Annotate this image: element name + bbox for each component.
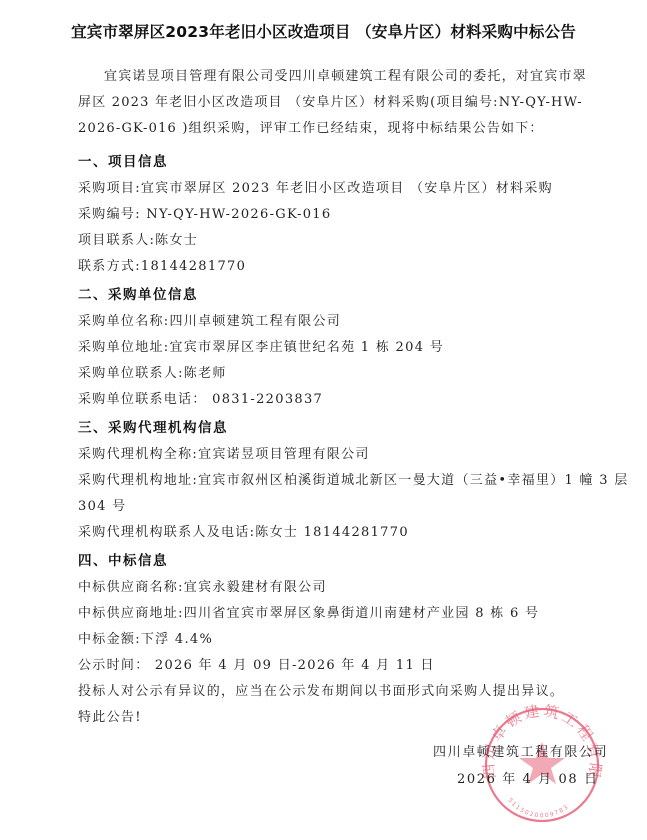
purchaser-address: 采购单位地址:宜宾市翠屏区李庄镇世纪名苑 1 栋 204 号 [78,336,444,355]
section-heading-award-info: 四、中标信息 [78,549,168,569]
purchaser-phone: 采购单位联系电话： 0831-2203837 [78,388,323,407]
project-contact: 项目联系人:陈女士 [78,229,198,248]
intro-paragraph: 宜宾诺昱项目管理有限公司受四川卓顿建筑工程有限公司的委托，对宜宾市翠屏区 202… [78,64,588,142]
contact-phone: 联系方式:18144281770 [78,255,246,274]
publicity-period: 公示时间： 2026 年 4 月 09 日-2026 年 4 月 11 日 [78,654,435,673]
objection-notice: 投标人对公示有异议的，应当在公示发布期间以书面形式向采购人提出异议。 [78,680,564,699]
company-seal-icon: 四川卓顿建筑工程有限公司 5115020009783 [466,700,616,830]
signature-company: 四川卓顿建筑工程有限公司 [433,741,608,760]
agency-contact-phone: 采购代理机构联系人及电话:陈女士 18144281770 [78,521,409,540]
purchaser-name: 采购单位名称:四川卓顿建筑工程有限公司 [78,310,341,329]
section-heading-project-info: 一、项目信息 [78,150,168,170]
procurement-project: 采购项目:宜宾市翠屏区 2023 年老旧小区改造项目 （安阜片区）材料采购 [78,177,553,196]
agency-address: 采购代理机构地址:宜宾市叙州区柏溪街道城北新区一曼大道（三益•幸福里）1 幢 3… [78,469,629,488]
agency-address-cont: 304 号 [78,495,126,514]
section-heading-purchaser-info: 二、采购单位信息 [78,283,198,303]
agency-name: 采购代理机构全称:宜宾诺昱项目管理有限公司 [78,443,370,462]
closing-remark: 特此公告! [78,706,142,725]
winning-supplier-address: 中标供应商地址:四川省宜宾市翠屏区象鼻街道川南建材产业园 8 栋 6 号 [78,602,539,621]
winning-supplier-name: 中标供应商名称:宜宾永毅建材有限公司 [78,576,327,595]
document-title: 宜宾市翠屏区2023年老旧小区改造项目 （安阜片区）材料采购中标公告 [0,20,647,42]
signature-date: 2026 年 4 月 08 日 [457,768,599,787]
section-heading-agency-info: 三、采购代理机构信息 [78,416,228,436]
purchaser-contact: 采购单位联系人:陈老师 [78,362,227,381]
svg-text:5115020009783: 5115020009783 [506,797,570,820]
award-amount: 中标金额:下浮 4.4% [78,628,213,647]
procurement-number: 采购编号: NY-QY-HW-2026-GK-016 [78,203,331,222]
